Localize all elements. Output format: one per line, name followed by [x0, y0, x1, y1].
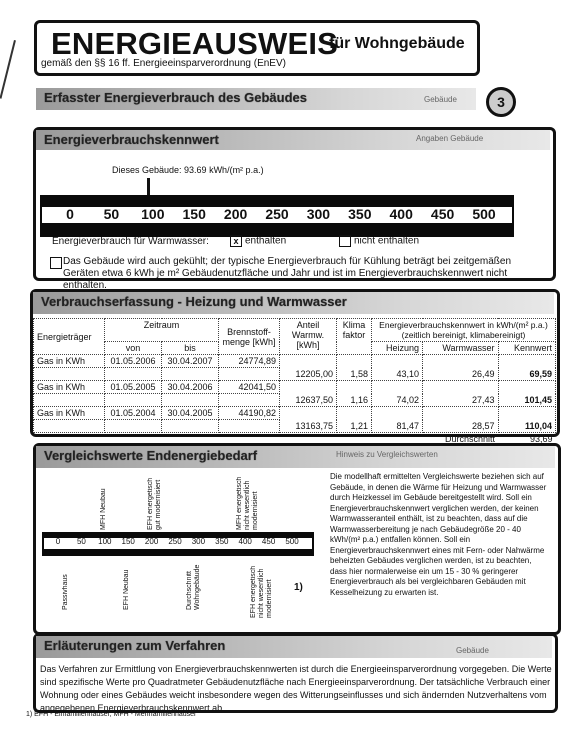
checkbox-nicht-enthalten[interactable]	[339, 235, 351, 247]
col-zeitraum: Zeitraum	[105, 319, 219, 342]
footnote: 1) EFH - Einfamilienhäuser, MFH - Mehrfa…	[26, 711, 196, 718]
comparison-tick-label: 150	[122, 537, 135, 546]
table-cell: 30.04.2006	[162, 381, 219, 394]
comparison-scale-bar: 050100150200250300350400450500	[42, 532, 314, 556]
table-cell: 24774,89	[219, 355, 280, 368]
table-cell: 27,43	[423, 381, 498, 407]
building-value-marker	[147, 178, 150, 196]
table-cell	[219, 368, 280, 381]
table-row: Gas in KWh01.05.200530.04.200642041,5012…	[34, 381, 556, 394]
col-kennwert: Kennwert	[498, 342, 555, 355]
comparison-label-bottom: EFH Neubau	[123, 560, 131, 610]
comparison-label-top: MFH Neubau	[100, 468, 108, 530]
footnote-reference: 1)	[294, 582, 303, 593]
table-cell: 110,04	[498, 407, 555, 433]
vergleich-title: Vergleichswerte Endenergiebedarf	[44, 448, 257, 463]
col-kennwert-group: Energieverbrauchskennwert in kWh/(m² p.a…	[372, 319, 556, 342]
table-cell	[34, 368, 105, 381]
scale-tick-label: 450	[431, 206, 454, 222]
erlaeuterungen-note: Gebäude	[456, 646, 489, 655]
col-energietraeger: Energieträger	[34, 319, 105, 355]
table-cell	[34, 420, 105, 433]
table-cell: 30.04.2007	[162, 355, 219, 368]
cooling-note: Das Gebäude wird auch gekühlt; der typis…	[63, 256, 519, 292]
scale-tick-label: 200	[224, 206, 247, 222]
table-cell: Gas in KWh	[34, 407, 105, 420]
comparison-label-bottom: EFH energetisch nicht wesentlich moderni…	[250, 560, 274, 618]
table-cell: 01.05.2006	[105, 355, 162, 368]
document-header: ENERGIEAUSWEIS für Wohngebäude gemäß den…	[34, 20, 480, 76]
comparison-tick-label: 200	[145, 537, 158, 546]
comparison-explanation: Die modellhaft ermittelten Vergleichswer…	[330, 472, 548, 598]
col-klima: Klima faktor	[337, 319, 372, 355]
table-cell	[105, 420, 162, 433]
table-cell: 30.04.2005	[162, 407, 219, 420]
scale-tick-label: 350	[348, 206, 371, 222]
table-cell	[162, 368, 219, 381]
energy-scale-bar: 050100150200250300350400450500	[40, 195, 514, 237]
checkbox-cooling[interactable]	[50, 257, 62, 269]
table-cell: 101,45	[498, 381, 555, 407]
comparison-tick-label: 50	[77, 537, 86, 546]
kennwert-banner: Energieverbrauchskennwert Angaben Gebäud…	[36, 130, 550, 150]
table-row: Gas in KWh01.05.200430.04.200544190,8213…	[34, 407, 556, 420]
table-row: Gas in KWh01.05.200630.04.200724774,8912…	[34, 355, 556, 368]
page-banner-note: Gebäude	[424, 95, 457, 104]
verbrauch-title: Verbrauchserfassung - Heizung und Warmwa…	[41, 294, 347, 309]
col-von: von	[105, 342, 162, 355]
comparison-scale-ticks: 050100150200250300350400450500	[44, 538, 312, 549]
col-heizung: Heizung	[372, 342, 423, 355]
scale-tick-label: 0	[66, 206, 74, 222]
scale-tick-label: 300	[307, 206, 330, 222]
vergleich-banner: Vergleichswerte Endenergiebedarf Hinweis…	[36, 446, 555, 468]
comparison-tick-label: 500	[285, 537, 298, 546]
table-cell: 1,16	[337, 381, 372, 407]
verbrauch-banner: Verbrauchserfassung - Heizung und Warmwa…	[33, 292, 554, 314]
erlaeuterungen-title: Erläuterungen zum Verfahren	[44, 638, 225, 653]
table-cell	[105, 394, 162, 407]
table-cell: Gas in KWh	[34, 355, 105, 368]
table-cell: 01.05.2005	[105, 381, 162, 394]
document-subtitle: für Wohngebäude	[329, 35, 465, 53]
comparison-tick-label: 0	[56, 537, 60, 546]
table-cell: 81,47	[372, 407, 423, 433]
table-cell	[162, 420, 219, 433]
col-bis: bis	[162, 342, 219, 355]
comparison-label-top: MFH energetisch nicht wesentlich moderni…	[236, 468, 260, 530]
col-warmwasser: Warmwasser	[423, 342, 498, 355]
scan-artifact-line	[0, 40, 16, 99]
table-cell: 26,49	[423, 355, 498, 381]
building-value-label: Dieses Gebäude: 93.69 kWh/(m² p.a.)	[112, 165, 264, 175]
scale-tick-label: 150	[183, 206, 206, 222]
energy-scale-ticks: 050100150200250300350400450500	[42, 207, 512, 223]
page-number-badge: 3	[486, 87, 516, 117]
table-cell: 44190,82	[219, 407, 280, 420]
vergleich-note: Hinweis zu Vergleichswerten	[336, 450, 438, 459]
comparison-label-bottom: Durchschnitt Wohngebäude	[186, 560, 202, 610]
scale-tick-label: 250	[265, 206, 288, 222]
comparison-tick-label: 400	[239, 537, 252, 546]
comparison-tick-label: 250	[168, 537, 181, 546]
col-anteil: Anteil Warmw. [kWh]	[280, 319, 337, 355]
scale-tick-label: 400	[390, 206, 413, 222]
option-nicht-enthalten-label: nicht enthalten	[354, 236, 419, 247]
table-cell	[34, 394, 105, 407]
table-cell: 1,21	[337, 407, 372, 433]
table-cell	[219, 420, 280, 433]
table-cell: 43,10	[372, 355, 423, 381]
option-enthalten[interactable]: xenthalten	[230, 235, 286, 247]
erlaeuterungen-banner: Erläuterungen zum Verfahren Gebäude	[36, 636, 552, 658]
warmwasser-label: Energieverbrauch für Warmwasser:	[52, 236, 209, 247]
checkbox-enthalten[interactable]: x	[230, 235, 242, 247]
comparison-tick-label: 300	[192, 537, 205, 546]
comparison-label-bottom: Passivhaus	[62, 560, 70, 610]
table-cell: 28,57	[423, 407, 498, 433]
page-banner: Erfasster Energieverbrauch des Gebäudes …	[36, 88, 476, 110]
kennwert-note: Angaben Gebäude	[416, 134, 483, 143]
col-brennstoff: Brennstoff-menge [kWh]	[219, 319, 280, 355]
table-cell: 1,58	[337, 355, 372, 381]
comparison-tick-label: 100	[98, 537, 111, 546]
table-cell: 12637,50	[280, 381, 337, 407]
table-cell	[105, 368, 162, 381]
document-title: ENERGIEAUSWEIS	[51, 26, 338, 62]
scale-tick-label: 100	[141, 206, 164, 222]
table-cell: Gas in KWh	[34, 381, 105, 394]
scale-tick-label: 500	[472, 206, 495, 222]
erlaeuterungen-text: Das Verfahren zur Ermittlung von Energie…	[40, 663, 552, 715]
comparison-tick-label: 450	[262, 537, 275, 546]
legal-basis: gemäß den §§ 16 ff. Energieeinsparverord…	[41, 58, 286, 69]
table-cell: 13163,75	[280, 407, 337, 433]
table-cell: 12205,00	[280, 355, 337, 381]
table-cell: 69,59	[498, 355, 555, 381]
comparison-label-top: EFH energetisch gut modernisiert	[147, 468, 163, 530]
option-enthalten-label: enthalten	[245, 236, 286, 247]
comparison-tick-label: 350	[215, 537, 228, 546]
kennwert-title: Energieverbrauchskennwert	[44, 132, 219, 147]
option-nicht-enthalten[interactable]: nicht enthalten	[339, 235, 419, 247]
table-cell: 74,02	[372, 381, 423, 407]
verbrauch-table: Energieträger Zeitraum Brennstoff-menge …	[33, 318, 556, 445]
table-cell: 42041,50	[219, 381, 280, 394]
table-cell: 01.05.2004	[105, 407, 162, 420]
scale-tick-label: 50	[104, 206, 120, 222]
page-banner-title: Erfasster Energieverbrauch des Gebäudes	[44, 90, 307, 105]
table-cell	[219, 394, 280, 407]
table-cell	[162, 394, 219, 407]
